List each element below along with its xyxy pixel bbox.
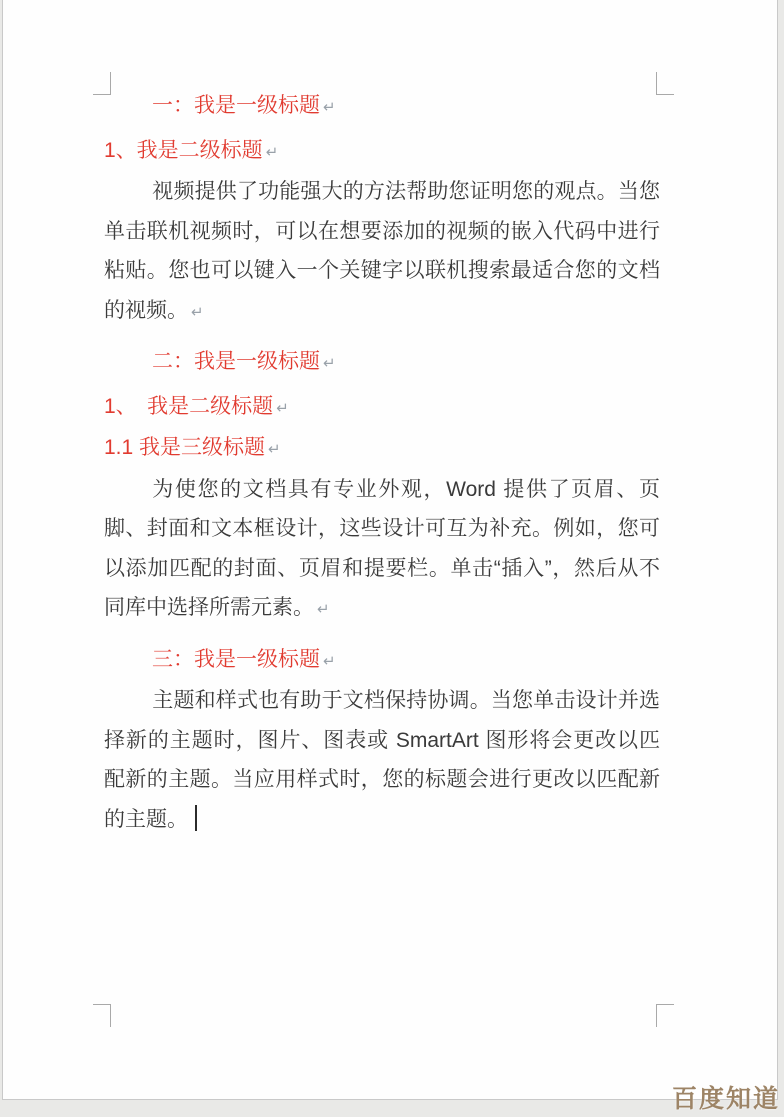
- heading-level2: 1、我是二级标题↵: [104, 131, 660, 173]
- text-boundary-mark-bottom-right: [656, 1004, 674, 1027]
- paragraph-mark-icon: ↵: [323, 642, 336, 682]
- text-cursor: [195, 805, 197, 831]
- paragraph-mark-icon: ↵: [266, 133, 279, 173]
- paragraph-mark-icon: ↵: [191, 293, 204, 333]
- heading-text: 1、 我是二级标题: [104, 395, 273, 418]
- body-paragraph: 为使您的文档具有专业外观，Word 提供了页眉、页脚、封面和文本框设计，这些设计…: [104, 470, 660, 630]
- heading-level1: 一：我是一级标题↵: [104, 86, 660, 128]
- body-paragraph: 主题和样式也有助于文档保持协调。当您单击设计并选择新的主题时，图片、图表或 Sm…: [104, 681, 660, 839]
- document-text-canvas[interactable]: 一：我是一级标题↵ 1、我是二级标题↵ 视频提供了功能强大的方法帮助您证明您的观…: [104, 86, 660, 839]
- heading-level1: 三：我是一级标题↵: [104, 640, 660, 682]
- body-paragraph: 视频提供了功能强大的方法帮助您证明您的观点。当您单击联机视频时，可以在想要添加的…: [104, 172, 660, 332]
- paragraph-mark-icon: ↵: [323, 88, 336, 128]
- heading-level3: 1.1 我是三级标题↵: [104, 428, 660, 470]
- paragraph-mark-icon: ↵: [268, 430, 281, 470]
- heading-text: 一：我是一级标题: [152, 94, 320, 117]
- heading-text: 二：我是一级标题: [152, 350, 320, 373]
- heading-text: 1.1 我是三级标题: [104, 436, 265, 459]
- baidu-zhidao-watermark: 百度知道: [672, 1079, 780, 1115]
- heading-level2: 1、 我是二级标题↵: [104, 387, 660, 429]
- text-boundary-mark-bottom-left: [93, 1004, 111, 1027]
- paragraph-text: 主题和样式也有助于文档保持协调。当您单击设计并选择新的主题时，图片、图表或 Sm…: [104, 689, 660, 831]
- paragraph-text: 视频提供了功能强大的方法帮助您证明您的观点。当您单击联机视频时，可以在想要添加的…: [104, 180, 660, 322]
- paragraph-mark-icon: ↵: [317, 590, 330, 630]
- paragraph-mark-icon: ↵: [323, 344, 336, 384]
- heading-text: 1、我是二级标题: [104, 139, 263, 162]
- heading-level1: 二：我是一级标题↵: [104, 342, 660, 384]
- paragraph-mark-icon: ↵: [276, 389, 289, 429]
- screenshot-root: { "glyphs": { "paragraph_mark": "↵" }, "…: [0, 0, 784, 1117]
- paragraph-text: 为使您的文档具有专业外观，Word 提供了页眉、页脚、封面和文本框设计，这些设计…: [104, 478, 660, 620]
- heading-text: 三：我是一级标题: [152, 648, 320, 671]
